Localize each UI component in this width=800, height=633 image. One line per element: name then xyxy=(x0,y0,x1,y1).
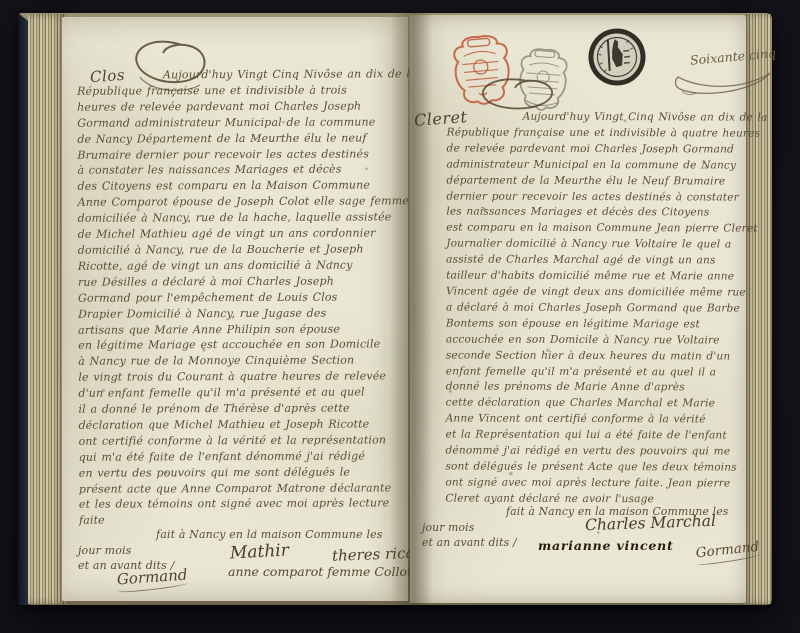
right-page: Soixante cinq Cleret Aujourd'huy Vingt C… xyxy=(410,15,746,603)
text-line: assisté de Charles Marchal agé de vingt … xyxy=(446,253,746,270)
text-line: d'un enfant femelle qu'il m'a présenté e… xyxy=(78,384,410,401)
text-line: de relevée pardevant moi Charles Joseph … xyxy=(447,141,747,158)
folio-underline-flourish-icon xyxy=(672,67,776,97)
text-line: Gormand pour l'empêchement de Louis Clos xyxy=(78,289,410,306)
folio-number-note: Soixante cinq xyxy=(678,44,789,69)
text-line: ont certifié conforme à la vérité et la … xyxy=(79,432,411,449)
right-page-edges xyxy=(744,14,771,604)
text-line: administrateur Municipal en la commune d… xyxy=(446,157,746,174)
text-line: en légitime Mariage est accouchée en son… xyxy=(78,337,410,354)
text-line: heures de relevée pardevant moi Charles … xyxy=(77,98,409,115)
right-page-act-text: Aujourd'huy Vingt Cinq Nivôse an dix de … xyxy=(445,109,746,508)
text-line: enfant femelle qu'il m'a présenté et au … xyxy=(446,364,746,381)
text-line: tailleur d'habits domicilié même rue et … xyxy=(446,269,746,286)
signature-mathieu: Mathir xyxy=(230,540,290,563)
text-line: déclaration que Michel Mathieu et Joseph… xyxy=(79,416,411,433)
text-line: artisans que Marie Anne Philipin son épo… xyxy=(78,321,410,338)
left-page-act-text: Aujourd'huy Vingt Cinq Nivôse an dix de … xyxy=(77,66,411,529)
text-line: a déclaré à moi Charles Joseph Gormand q… xyxy=(446,300,746,317)
text-line: accouchée en son Domicile à Nancy rue Vo… xyxy=(446,332,746,349)
black-circular-stamp xyxy=(585,25,650,90)
text-line: dénommé j'ai rédigé en vertu des pouvoir… xyxy=(445,444,745,461)
text-line: département de la Meurthe élu le Neuf Br… xyxy=(446,173,746,190)
text-line: de Michel Mathieu agé de vingt un ans co… xyxy=(78,225,410,242)
left-page: Clos Aujourd'huy Vingt Cinq Nivôse an di… xyxy=(62,17,408,601)
text-line: dernier pour recevoir les actes destinés… xyxy=(446,189,746,206)
text-line: en vertu des pouvoirs qui me sont délégu… xyxy=(79,464,411,481)
text-line: ont signé avec moi après lecture faite. … xyxy=(445,475,745,492)
text-line: Gormand administrateur Municipal de la c… xyxy=(77,114,409,131)
text-line: Anne Vincent ont certifié conforme à la … xyxy=(446,412,746,429)
text-line: cette déclaration que Charles Marchal et… xyxy=(446,396,746,413)
text-line: Drapier Domicilié à Nancy, rue Jugase de… xyxy=(78,305,410,322)
text-line: domiciliée à Nancy, rue de la hache, laq… xyxy=(78,209,410,226)
text-line: Brumaire dernier pour recevoir les actes… xyxy=(77,146,409,163)
text-line: à constater les naissances Mariages et d… xyxy=(77,162,409,179)
photograph-background: Clos Aujourd'huy Vingt Cinq Nivôse an di… xyxy=(0,0,800,633)
text-line: qui m'a été faite de l'enfant dénommé j'… xyxy=(79,448,411,465)
text-line: sont délégués le présent Acte que les de… xyxy=(445,459,745,476)
left-page-edges xyxy=(28,14,66,604)
text-line: République française une et indivisible … xyxy=(447,125,747,142)
text-line: le vingt trois du Courant à quatre heure… xyxy=(78,368,410,385)
text-line: rue Désilles a déclaré à moi Charles Jos… xyxy=(78,273,410,290)
text-line: de Nancy Département de la Meurthe élu l… xyxy=(77,130,409,147)
signature-vincent: marianne vincent xyxy=(538,538,674,553)
text-line: Aujourd'huy Vingt Cinq Nivôse an dix de … xyxy=(447,109,747,126)
text-line: les naissances Mariages et décès des Cit… xyxy=(446,205,746,222)
text-line: Vincent agée de vingt deux ans domicilié… xyxy=(446,284,746,301)
text-line: et les deux témoins ont signé avec moi a… xyxy=(79,496,411,513)
text-line: des Citoyens est comparu en la Maison Co… xyxy=(77,178,409,195)
text-line: est comparu en la maison Commune Jean pi… xyxy=(446,221,746,238)
text-line: seconde Section hier à deux heures du ma… xyxy=(446,348,746,365)
text-line: République française une et indivisible … xyxy=(77,82,409,99)
text-line: Journalier domicilié à Nancy rue Voltair… xyxy=(446,237,746,254)
text-line: domicilié à Nancy, rue de la Boucherie e… xyxy=(78,241,410,258)
text-line: Bontems son épouse en légitime Mariage e… xyxy=(446,316,746,333)
signature-comparot: anne comparot femme Collot xyxy=(228,564,412,579)
text-line: il a donné le prénom de Thérèse d'après … xyxy=(78,400,410,417)
text-line: à Nancy rue de la Monnoye Cinquième Sect… xyxy=(78,353,410,370)
signature-gormand-left: Gormand xyxy=(116,566,188,595)
text-line: et la Représentation qui lui a été faite… xyxy=(446,428,746,445)
text-line: donné les prénoms de Marie Anne d'après xyxy=(446,380,746,397)
text-line: Anne Comparot épouse de Joseph Colot ell… xyxy=(78,194,410,211)
text-line: Ricotte, agé de vingt un ans domicilié à… xyxy=(78,257,410,274)
text-line: Aujourd'huy Vingt Cinq Nivôse an dix de … xyxy=(77,66,409,83)
register-book: Clos Aujourd'huy Vingt Cinq Nivôse an di… xyxy=(18,13,772,605)
text-line: présent acte que Anne Comparot Matrone d… xyxy=(79,480,411,497)
